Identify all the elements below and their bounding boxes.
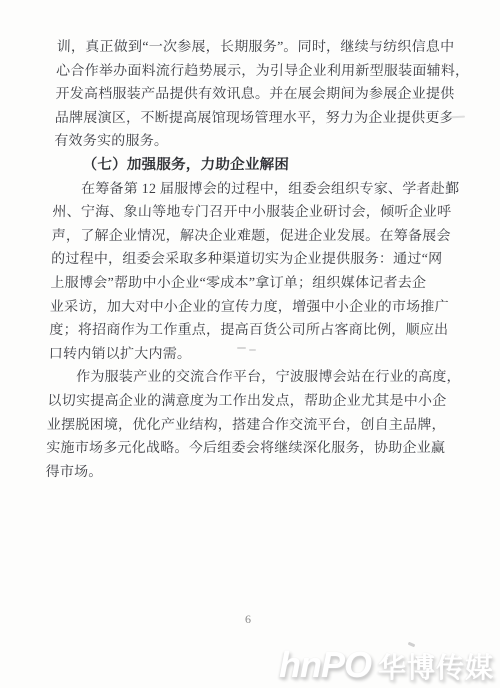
paragraph-preparation-services: 在筹备第 12 届服博会的过程中，组委会组织专家、学者赴鄞州、宁海、象山等地专门… (48, 178, 467, 367)
document-text: 训，真正做到“一次参展，长期服务”。同时，继续与纺织信息中心合作举办面料流行趋势… (45, 36, 471, 484)
scan-artifact (237, 347, 246, 349)
huabo-logo: hnPO (279, 644, 371, 686)
text-line: 口转内销以扩大内需。 (48, 343, 463, 367)
huabo-media-watermark: hnPO 华博传媒 (279, 644, 494, 686)
section-heading: （七）加强服务，力助企业解困 (53, 154, 468, 178)
huabo-brand-name: 华博传媒 (378, 646, 494, 686)
text-line: 训，真正做到“一次参展，长期服务”。同时，继续与纺织信息中 (56, 36, 471, 60)
text-line: 品牌展演区，不断提高展馆现场管理水平，努力为企业提供更多 (55, 107, 470, 131)
text-line: 得市场。 (45, 461, 460, 485)
paragraph-continuation: 训，真正做到“一次参展，长期服务”。同时，继续与纺织信息中心合作举办面料流行趋势… (54, 36, 471, 154)
scanned-document-page: 训，真正做到“一次参展，长期服务”。同时，继续与纺织信息中心合作举办面料流行趋势… (0, 0, 500, 688)
text-line: 作为服装产业的交流合作平台，宁波服博会站在行业的高度， (48, 366, 463, 390)
paragraph-platform-summary: 作为服装产业的交流合作平台，宁波服博会站在行业的高度，以切实提高企业的满意度为工… (45, 366, 462, 484)
text-line: 上服博会”帮助中小企业“零成本”拿订单；组织媒体记者去企 (50, 272, 465, 296)
text-line: 心合作举办面料流行趋势展示，为引导企业利用新型服装面辅料， (56, 60, 471, 84)
text-line: 业采访，加大对中小企业的宣传力度，增强中小企业的市场推广 (50, 296, 465, 320)
text-line: 以切实提高企业的满意度为工作出发点，帮助企业尤其是中小企 (47, 390, 462, 414)
text-line: 在筹备第 12 届服博会的过程中，组委会组织专家、学者赴鄞 (53, 178, 468, 202)
page-number: 6 (238, 612, 258, 627)
text-line: 的过程中，组委会采取多种渠道切实为企业提供服务：通过“网 (51, 248, 466, 272)
scan-artifact (249, 349, 256, 351)
text-line: 州、宁海、象山等地专门召开中小服装企业研讨会，倾听企业呼 (52, 201, 467, 225)
text-line: 开发高档服装产品提供有效讯息。并在展会期间为参展企业提供 (55, 83, 470, 107)
text-line: 有效务实的服务。 (54, 130, 469, 154)
text-line: 实施市场多元化战略。今后组委会将继续深化服务，协助企业赢 (46, 437, 461, 461)
text-line: 度；将招商作为工作重点，提高百货公司所占客商比例，顺应出 (49, 319, 464, 343)
text-line: 业摆脱困境，优化产业结构，搭建合作交流平台，创自主品牌， (46, 414, 461, 438)
text-line: 声，了解企业情况，解决企业难题，促进企业发展。在筹备展会 (51, 225, 466, 249)
